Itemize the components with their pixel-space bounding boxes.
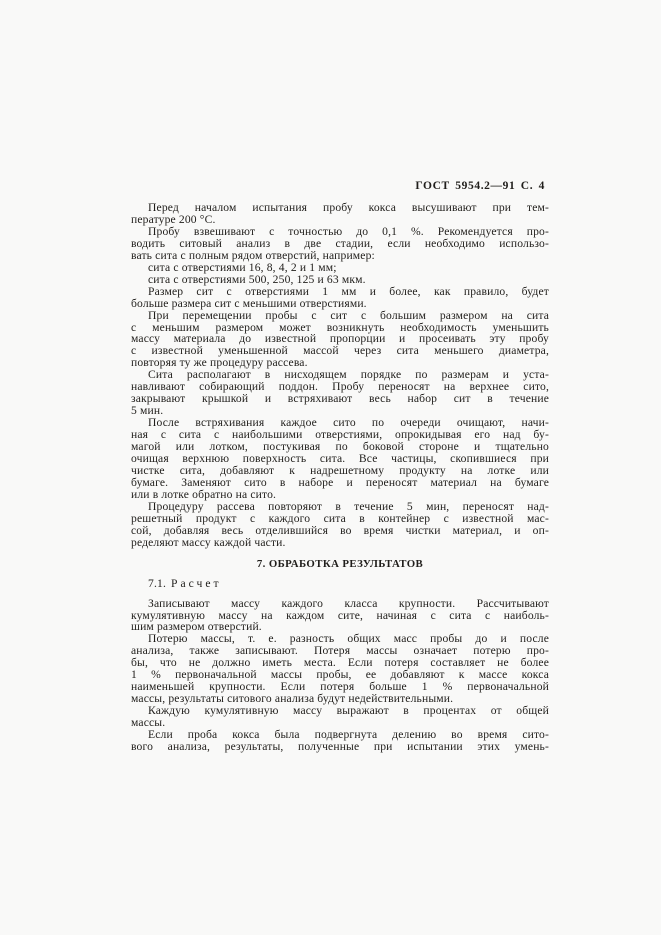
text-line: вого анализа, результаты, полученные при… <box>131 741 549 753</box>
page-header: ГОСТ 5954.2—91 С. 4 <box>131 180 545 192</box>
list-item: сита с отверстиями 16, 8, 4, 2 и 1 мм; <box>131 262 549 274</box>
subsection-number: 7.1. <box>148 577 166 590</box>
paragraph: Процедуру рассева повторяют в течение 5 … <box>131 501 549 549</box>
text-line: больше размера сит с меньшими отверстиям… <box>131 298 549 310</box>
text-line: решетный продукт с каждого сита в контей… <box>131 513 549 525</box>
paragraph: Размер сит с отверстиями 1 мм и более, к… <box>131 286 549 310</box>
document-body: Перед началом испытания пробу кокса высу… <box>131 202 549 753</box>
text-line: Процедуру рассева повторяют в течение 5 … <box>131 501 549 513</box>
subsection-title: Расчет <box>171 577 222 590</box>
section-heading: 7. ОБРАБОТКА РЕЗУЛЬТАТОВ <box>131 559 549 571</box>
paragraph: Потерю массы, т. е. разность общих масс … <box>131 633 549 705</box>
text-line: сита с отверстиями 16, 8, 4, 2 и 1 мм; <box>131 262 549 274</box>
paragraph: При перемещении пробы с сит с большим ра… <box>131 310 549 370</box>
text-line: закрывают крышкой и встряхивают весь наб… <box>131 393 549 405</box>
paragraph: После встряхивания каждое сито по очеред… <box>131 417 549 501</box>
paragraph: Перед началом испытания пробу кокса высу… <box>131 202 549 226</box>
scanned-page: ГОСТ 5954.2—91 С. 4 Перед началом испыта… <box>0 0 661 935</box>
paragraph: Записывают массу каждого класса крупност… <box>131 598 549 634</box>
text-line: Записывают массу каждого класса крупност… <box>131 598 549 610</box>
text-line: ределяют массу каждой части. <box>131 537 549 549</box>
text-line: При перемещении пробы с сит с большим ра… <box>131 310 549 322</box>
text-line: сита с отверстиями 500, 250, 125 и 63 мк… <box>131 274 549 286</box>
document-number: ГОСТ 5954.2—91 С. 4 <box>415 180 545 192</box>
paragraph: Каждую кумулятивную массу выражают в про… <box>131 705 549 729</box>
paragraph: Если проба кокса была подвергнута делени… <box>131 729 549 753</box>
text-line: вать сита с полным рядом отверстий, напр… <box>131 250 549 262</box>
list-item: сита с отверстиями 500, 250, 125 и 63 мк… <box>131 274 549 286</box>
paragraph: Пробу взвешивают с точностью до 0,1 %. Р… <box>131 226 549 262</box>
text-line: Каждую кумулятивную массу выражают в про… <box>131 705 549 717</box>
text-line: Размер сит с отверстиями 1 мм и более, к… <box>131 286 549 298</box>
paragraph: Сита располагают в нисходящем порядке по… <box>131 369 549 417</box>
subsection-heading: 7.1.Расчет <box>131 578 549 590</box>
text-line: сой, добавляя весь отделившийся во время… <box>131 525 549 537</box>
